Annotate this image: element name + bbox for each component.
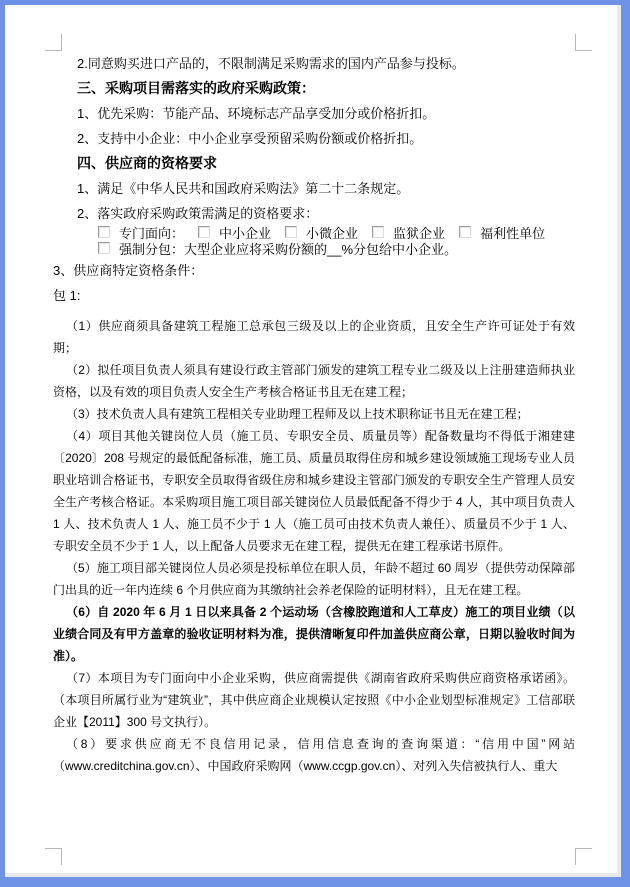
checkbox-icon-welfare[interactable]	[459, 226, 471, 238]
checkbox-row-label: 专门面向：	[119, 226, 184, 241]
checkbox-icon-sme[interactable]	[198, 226, 210, 238]
section4-item-2: 2、落实政府采购政策需满足的资格要求：	[53, 201, 575, 226]
section3-heading: 三、采购项目需落实的政府采购政策：	[53, 76, 575, 101]
margin-mark-top-right	[575, 34, 592, 51]
clause-7: （7）本项目为专门面向中小企业采购，供应商需提供《湖南省政府采购供应商资格承诺函…	[53, 667, 575, 733]
checkbox-option-prison: 监狱企业	[393, 226, 445, 241]
checkbox-row-subcontract: 强制分包：大型企业应将采购份额的__%分包给中小企业。	[53, 242, 575, 258]
clause-4: （4）项目其他关键岗位人员（施工员、专职安全员、质量员等）配备数量均不得低于湘建…	[53, 425, 575, 557]
section3-item-1: 1、优先采购：节能产品、环境标志产品享受加分或价格折扣。	[53, 101, 575, 126]
clause-3: （3）技术负责人具有建筑工程相关专业助理工程师及以上技术职称证书且无在建工程；	[53, 403, 575, 425]
checkbox-option-sme: 中小企业	[219, 226, 271, 241]
margin-mark-bottom-right	[575, 848, 592, 865]
document-page: 2.同意购买进口产品的，不限制满足采购需求的国内产品参与投标。 三、采购项目需落…	[5, 5, 617, 873]
package-label: 包 1:	[53, 283, 575, 308]
section3-item-2: 2、支持中小企业：中小企业享受预留采购份额或价格折扣。	[53, 126, 575, 151]
clause-8: （8）要求供应商无不良信用记录，信用信息查询的查询渠道：“信用中国”网站（www…	[53, 733, 575, 777]
document-window: 2.同意购买进口产品的，不限制满足采购需求的国内产品参与投标。 三、采购项目需落…	[0, 0, 630, 887]
intro-line: 2.同意购买进口产品的，不限制满足采购需求的国内产品参与投标。	[53, 51, 575, 76]
clause-1: （1）供应商须具备建筑工程施工总承包三级及以上的企业资质，且安全生产许可证处于有…	[53, 315, 575, 359]
margin-mark-bottom-left	[45, 848, 62, 865]
checkbox-option-micro: 小微企业	[306, 226, 358, 241]
clause-6: （6）自 2020 年 6 月 1 日以来具备 2 个运动场（含橡胶跑道和人工草…	[53, 601, 575, 667]
document-content: 2.同意购买进口产品的，不限制满足采购需求的国内产品参与投标。 三、采购项目需落…	[53, 51, 575, 777]
checkbox-option-welfare: 福利性单位	[480, 226, 545, 241]
margin-mark-top-left	[45, 34, 62, 51]
checkbox-icon-micro[interactable]	[285, 226, 297, 238]
clauses-list: （1）供应商须具备建筑工程施工总承包三级及以上的企业资质，且安全生产许可证处于有…	[53, 315, 575, 777]
checkbox-icon-subcontract[interactable]	[98, 242, 110, 254]
section4-item-3: 3、供应商特定资格条件：	[53, 258, 575, 283]
checkbox-icon-targeted[interactable]	[98, 226, 110, 238]
checkbox-subcontract-label: 强制分包：大型企业应将采购份额的__%分包给中小企业。	[119, 242, 457, 257]
clause-5: （5）施工项目部关键岗位人员必须是投标单位在职人员，年龄不超过 60 周岁（提供…	[53, 557, 575, 601]
section4-heading: 四、供应商的资格要求	[53, 151, 575, 176]
checkbox-icon-prison[interactable]	[372, 226, 384, 238]
checkbox-row-targeted: 专门面向：中小企业小微企业监狱企业福利性单位	[53, 226, 575, 242]
section4-item-1: 1、满足《中华人民共和国政府采购法》第二十二条规定。	[53, 176, 575, 201]
clause-2: （2）拟任项目负责人须具有建设行政主管部门颁发的建筑工程专业二级及以上注册建造师…	[53, 359, 575, 403]
